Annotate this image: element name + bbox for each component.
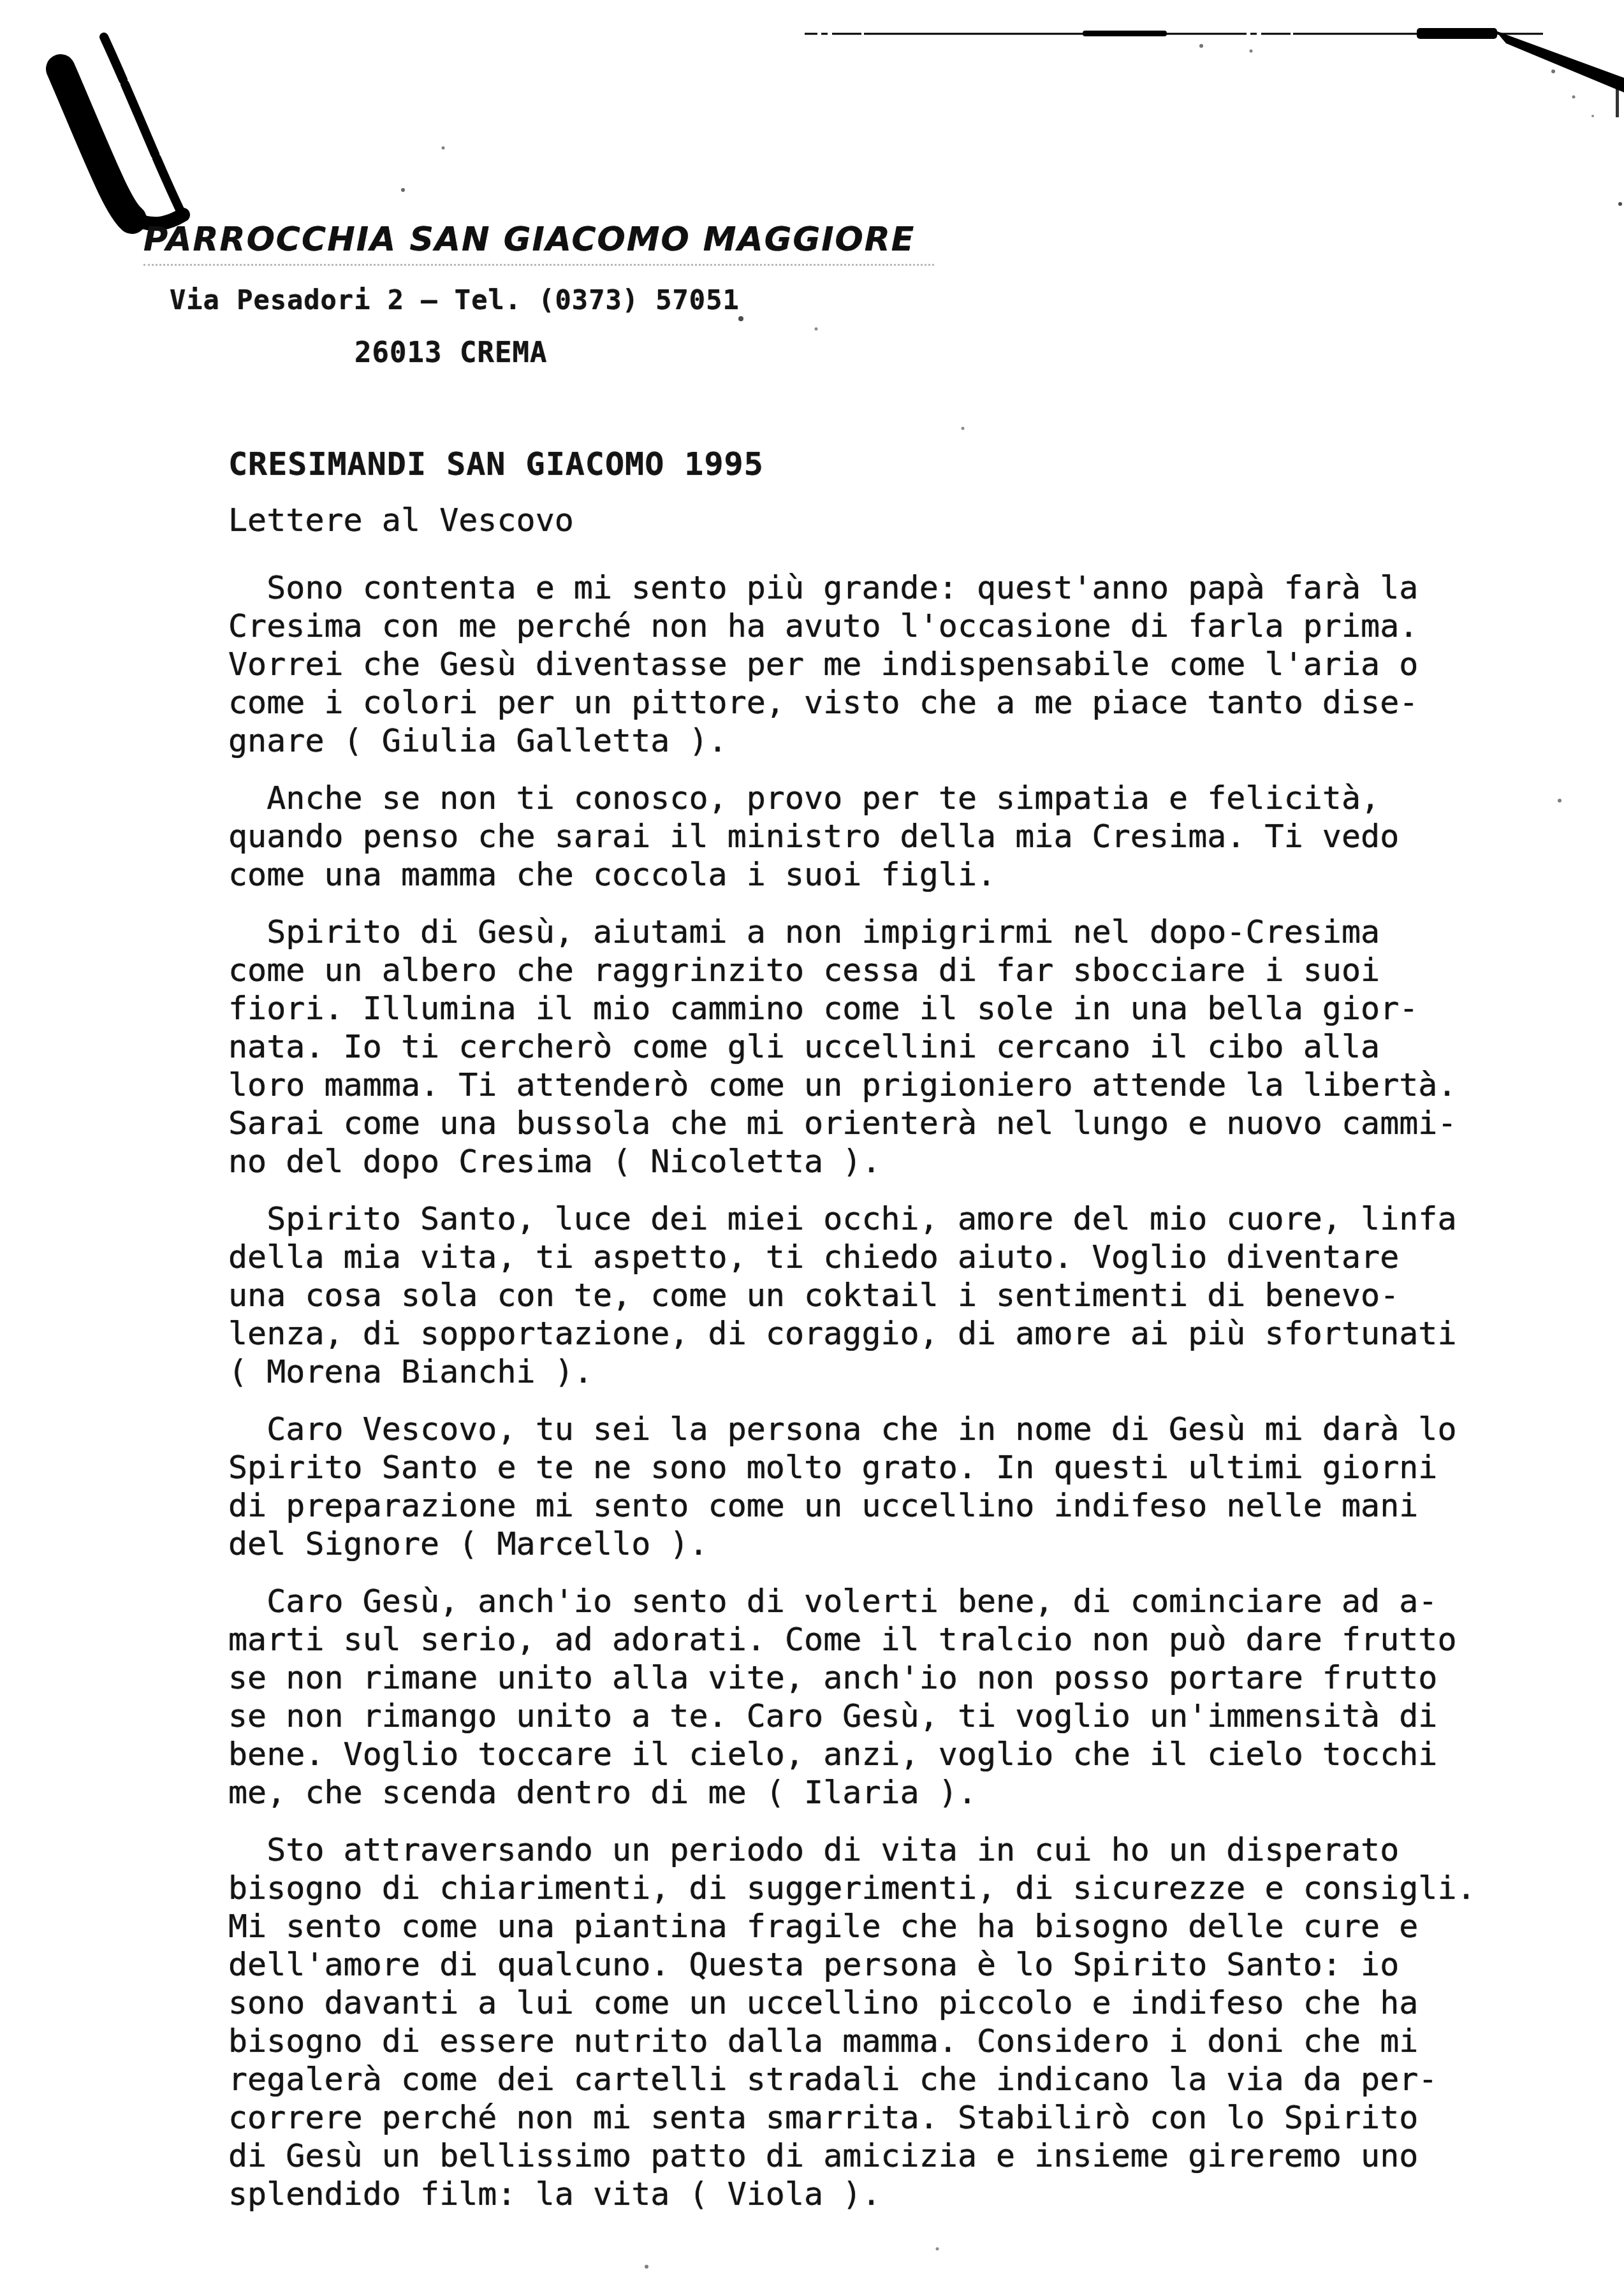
scanned-letter-page: PARROCCHIA SAN GIACOMO MAGGIORE Via Pesa… (0, 0, 1624, 2296)
document-title: CRESIMANDI SAN GIACOMO 1995 (228, 445, 1529, 483)
document-subtitle: Lettere al Vescovo (228, 501, 1529, 539)
letter-paragraph-ilaria: Caro Gesù, anch'io sento di volerti bene… (228, 1582, 1529, 1812)
letter-paragraph-viola: Sto attraversando un periodo di vita in … (228, 1831, 1529, 2213)
ink-mark (61, 37, 183, 224)
letter-paragraph-anche: Anche se non ti conosco, provo per te si… (228, 779, 1529, 894)
letter-paragraph-giulia: Sono contenta e mi sento più grande: que… (228, 569, 1529, 760)
letter-paragraph-nicoletta: Spirito di Gesù, aiutami a non impigrirm… (228, 913, 1529, 1181)
scanner-edge-artifact (805, 28, 1624, 206)
letterhead-address: Via Pesadori 2 – Tel. (0373) 57051 (170, 284, 740, 316)
letter-paragraph-marcello: Caro Vescovo, tu sei la persona che in n… (228, 1410, 1529, 1563)
letterhead-parish-name: PARROCCHIA SAN GIACOMO MAGGIORE (143, 221, 934, 266)
letterhead-city: 26013 CREMA (355, 337, 547, 369)
letter-paragraph-morena: Spirito Santo, luce dei miei occhi, amor… (228, 1200, 1529, 1391)
letter-body: CRESIMANDI SAN GIACOMO 1995 Lettere al V… (228, 445, 1529, 2232)
